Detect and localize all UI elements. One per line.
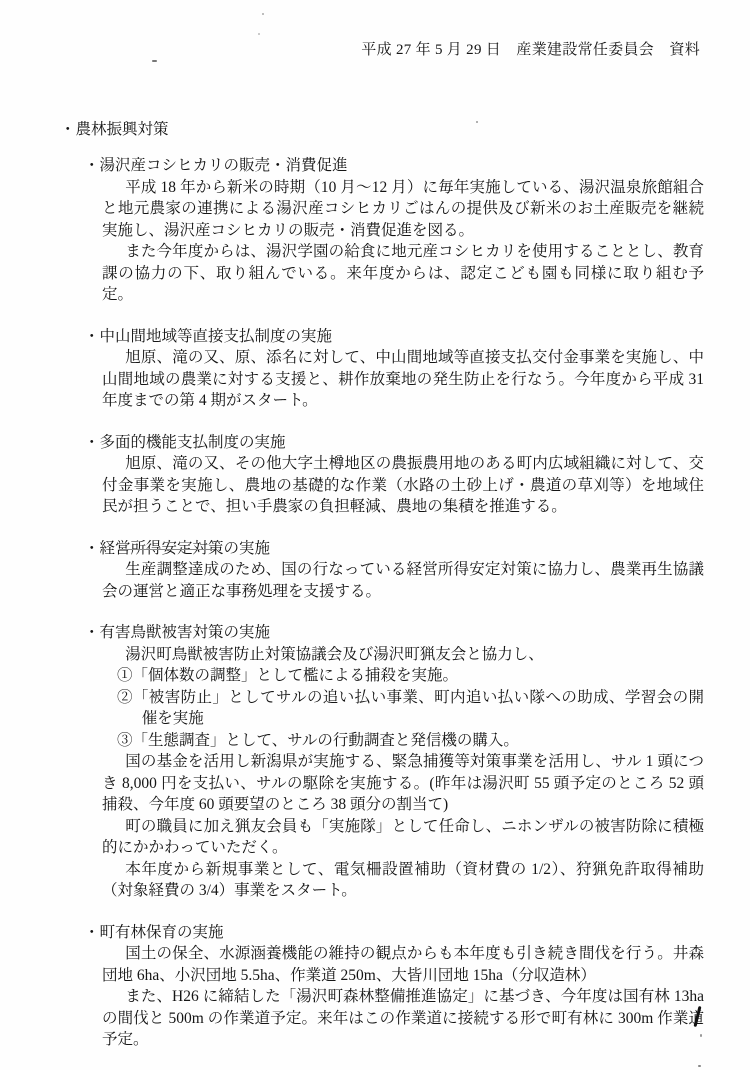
paragraph: 町の職員に加え猟友会員も「実施隊」として任命し、ニホンザルの被害防除に積極的にか… [102,816,704,859]
paragraph: 本年度から新規事業として、電気柵設置補助（資材費の 1/2）、狩猟免許取得補助（… [102,859,704,902]
section-heading: ・湯沢産コシヒカリの販売・消費促進 [84,155,704,177]
scan-speck [700,1034,702,1037]
section-income-stabilization: ・経営所得安定対策の実施 生産調整達成のため、国の行なっている経営所得安定対策に… [84,538,704,603]
section-heading: ・有害鳥獣被害対策の実施 [84,622,704,644]
paragraph: 生産調整達成のため、国の行なっている経営所得安定対策に協力し、農業再生協議会の運… [102,559,704,602]
paragraph: 平成 18 年から新米の時期（10 月～12 月）に毎年実施している、湯沢温泉旅… [102,177,704,242]
numbered-item: ③「生態調査」として、サルの行動調査と発信機の購入。 [117,730,704,752]
section-wildlife-damage: ・有害鳥獣被害対策の実施 湯沢町鳥獣被害防止対策協議会及び湯沢町猟友会と協力し、… [84,622,704,902]
section-heading: ・中山間地域等直接支払制度の実施 [84,326,704,348]
section-koshihikari-promotion: ・湯沢産コシヒカリの販売・消費促進 平成 18 年から新米の時期（10 月～12… [84,155,704,306]
paragraph: また、H26 に締結した「湯沢町森林整備推進協定」に基づき、今年度は国有林 13… [102,986,704,1051]
section-chusankan-direct-payment: ・中山間地域等直接支払制度の実施 旭原、滝の又、原、添名に対して、中山間地域等直… [84,326,704,412]
section-heading: ・多面的機能支払制度の実施 [84,432,704,454]
numbered-item: ①「個体数の調整」として檻による捕殺を実施。 [117,665,704,687]
scan-speck [262,13,264,15]
paragraph: 湯沢町鳥獣被害防止対策協議会及び湯沢町猟友会と協力し、 [102,644,704,666]
scan-speck [698,1065,701,1067]
scanned-document-page: 平成 27 年 5 月 29 日 産業建設常任委員会 資料 ・農林振興対策 ・湯… [0,0,750,1070]
section-heading: ・町有林保育の実施 [84,922,704,944]
scan-speck [152,60,157,62]
paragraph: 国の基金を活用し新潟県が実施する、緊急捕獲等対策事業を活用し、サル 1 頭につき… [102,751,704,816]
scan-speck [258,33,260,35]
scan-underline-artifact [119,549,214,550]
scan-speck [476,121,478,123]
numbered-item: ②「被害防止」としてサルの追い払い事業、町内追い払い隊への助成、学習会の開催を実… [117,687,704,730]
document-date-header: 平成 27 年 5 月 29 日 産業建設常任委員会 資料 [361,38,700,59]
paragraph: また今年度からは、湯沢学園の給食に地元産コシヒカリを使用することとし、教育課の協… [102,241,704,306]
paragraph: 旭原、滝の又、原、添名に対して、中山間地域等直接支払交付金事業を実施し、中山間地… [102,347,704,412]
section-multifunction-payment: ・多面的機能支払制度の実施 旭原、滝の又、その他大字土樽地区の農振農用地のある町… [84,432,704,518]
section-town-forest-care: ・町有林保育の実施 国土の保全、水源涵養機能の維持の観点からも本年度も引き続き間… [84,922,704,1051]
paragraph: 国土の保全、水源涵養機能の維持の観点からも本年度も引き続き間伐を行う。井森団地 … [102,943,704,986]
paragraph: 旭原、滝の又、その他大字土樽地区の農振農用地のある町内広域組織に対して、交付金事… [102,453,704,518]
document-body: ・湯沢産コシヒカリの販売・消費促進 平成 18 年から新米の時期（10 月～12… [84,155,704,1070]
document-title: ・農林振興対策 [60,117,169,139]
